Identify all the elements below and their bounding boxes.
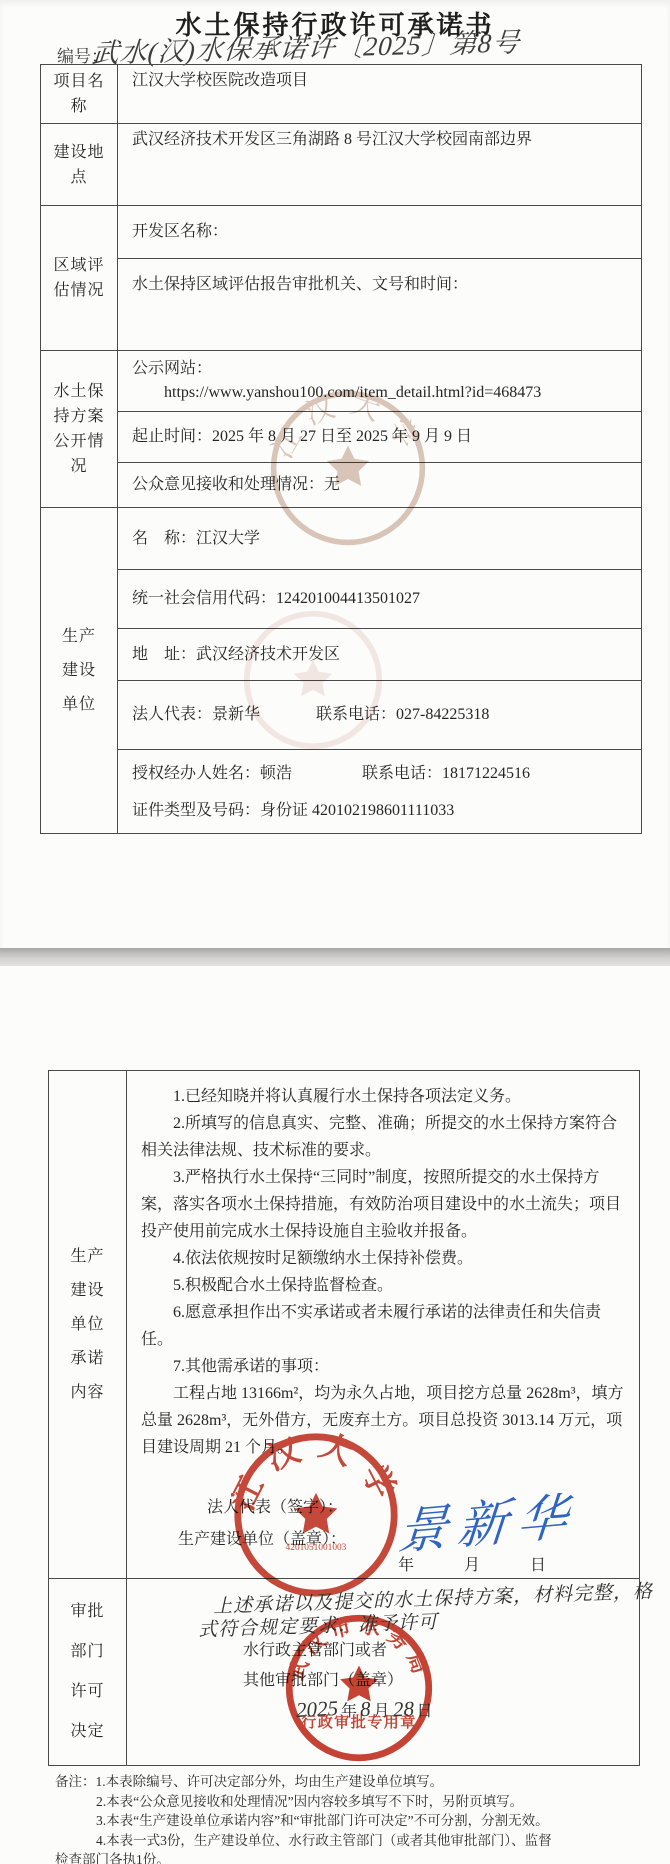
remark-line-2: 2.本表“公众意见接收和处理情况”因内容较多填写不下时，另附页填写。 — [55, 1792, 640, 1812]
project-name-label: 项目名 称 — [41, 65, 118, 123]
day-unit: 日 — [417, 1703, 433, 1720]
clause-7: 7.其他需承诺的事项： — [141, 1353, 627, 1380]
clause-4: 4.依法依规按时足额缴纳水土保持补偿费。 — [141, 1245, 627, 1272]
owner-legal-rep: 法人代表：景新华 联系电话：027-84225318 — [118, 680, 641, 749]
page2-table: 生产 建设 单位 承诺 内容 1.已经知晓并将认真履行水土保持各项法定义务。 2… — [48, 1070, 640, 1766]
construction-owner-label: 生产 建设 单位 — [41, 508, 118, 833]
owner-credit-code: 统一社会信用代码：124201004413501027 — [118, 569, 641, 628]
unit-seal-label: 生产建设单位（盖章）： — [178, 1526, 346, 1549]
legal-rep-sign-label: 法人代表（签字）： — [207, 1494, 343, 1517]
page1-table: 项目名 称 江汉大学校医院改造项目 建设地 点 武汉经济技术开发区三角湖路 8 … — [40, 64, 642, 834]
agent-id-doc: 证件类型及号码：身份证 420102198601111033 — [132, 792, 631, 829]
location-label: 建设地 点 — [41, 124, 118, 205]
clause-6: 6.愿意承担作出不实承诺或者未履行承诺的法律责任和失信责任。 — [141, 1299, 627, 1353]
approval-decision-label: 审批 部门 许可 决定 — [49, 1579, 127, 1765]
remark-line-3: 3.本表“生产建设单位承诺内容”和“审批部门许可决定”不可分割，分割无效。 — [55, 1811, 640, 1831]
clause-5: 5.积极配合水土保持监督检查。 — [141, 1272, 627, 1299]
water-authority-line: 水行政主管部门或者 — [243, 1637, 387, 1660]
clause-3: 3.严格执行水土保持“三同时”制度，按照所提交的水土保持方案，落实各项水土保持措… — [141, 1164, 627, 1245]
approval-date-line: 2025年8月28日 — [293, 1697, 433, 1722]
clause-2: 2.所填写的信息真实、完整、准确；所提交的水土保持方案符合相关法律法规、技术标准… — [141, 1110, 627, 1164]
clause-7-detail: 工程占地 13166m²，均为永久占地，项目挖方总量 2628m³，填方总量 2… — [141, 1380, 627, 1461]
clause-1: 1.已经知晓并将认真履行水土保持各项法定义务。 — [141, 1083, 627, 1110]
remarks-block: 备注：1.本表除编号、许可决定部分外，均由生产建设单位填写。 2.本表“公众意见… — [55, 1772, 640, 1864]
publicity-site-label: 公示网站： — [132, 357, 631, 381]
regional-assessment-label: 区域评 估情况 — [41, 206, 118, 350]
owner-address: 地 址：武汉经济技术开发区 — [118, 628, 641, 680]
remark-line-1: 备注：1.本表除编号、许可决定部分外，均由生产建设单位填写。 — [55, 1772, 640, 1792]
publicity-site-url: https://www.yanshou100.com/item_detail.h… — [132, 381, 631, 405]
plan-publicity-label: 水土保 持方案 公开情 况 — [41, 351, 118, 507]
owner-agent: 授权经办人姓名：顿浩 联系电话：18171224516 证件类型及号码：身份证 … — [118, 749, 641, 833]
remark-line-5: 检查部门各执1份。 — [55, 1850, 640, 1864]
dev-zone-name: 开发区名称： — [118, 206, 641, 258]
other-authority-line: 其他审批部门（盖章） — [243, 1667, 403, 1690]
row-plan-publicity: 水土保 持方案 公开情 况 公示网站： https://www.yanshou1… — [41, 350, 641, 507]
page-break-gap — [0, 948, 670, 966]
remark-line-4: 4.本表一式3份，生产建设单位、水行政主管部门（或者其他审批部门）、监督 — [55, 1831, 640, 1851]
assessment-approval-info: 水土保持区域评估报告审批机关、文号和时间： — [118, 258, 641, 350]
row-regional-assessment: 区域评 估情况 开发区名称： 水土保持区域评估报告审批机关、文号和时间： — [41, 205, 641, 350]
approval-date-day: 28 — [392, 1696, 414, 1722]
commitment-clauses: 1.已经知晓并将认真履行水土保持各项法定义务。 2.所填写的信息真实、完整、准确… — [127, 1071, 639, 1461]
public-opinions: 公众意见接收和处理情况：无 — [118, 462, 641, 507]
project-name-value: 江汉大学校医院改造项目 — [118, 65, 641, 97]
year-unit: 年 — [341, 1703, 357, 1720]
row-location: 建设地 点 武汉经济技术开发区三角湖路 8 号江汉大学校园南部边界 — [41, 123, 641, 205]
approval-date-month: 8 — [359, 1697, 371, 1723]
legal-rep-phone: 联系电话：027-84225318 — [316, 703, 489, 727]
approval-date-year: 2025 — [295, 1696, 338, 1723]
row-construction-owner: 生产 建设 单位 名 称：江汉大学 统一社会信用代码：1242010044135… — [41, 507, 641, 833]
commitment-label: 生产 建设 单位 承诺 内容 — [49, 1071, 127, 1578]
owner-name: 名 称：江汉大学 — [118, 508, 641, 569]
agent-phone: 联系电话：18171224516 — [362, 755, 530, 792]
agent-name: 授权经办人姓名：顿浩 — [132, 755, 292, 792]
publicity-period: 起止时间：2025 年 8 月 27 日至 2025 年 9 月 9 日 — [118, 411, 641, 462]
legal-rep-name: 法人代表：景新华 — [132, 703, 260, 727]
scanned-commitment-document: 水土保持行政许可承诺书 编号： 武水(汉)水保承诺许〔2025〕第8号 项目名 … — [0, 0, 670, 1864]
row-project-name: 项目名 称 江汉大学校医院改造项目 — [41, 65, 641, 123]
month-unit: 月 — [374, 1703, 390, 1720]
location-value: 武汉经济技术开发区三角湖路 8 号江汉大学校园南部边界 — [118, 124, 641, 156]
